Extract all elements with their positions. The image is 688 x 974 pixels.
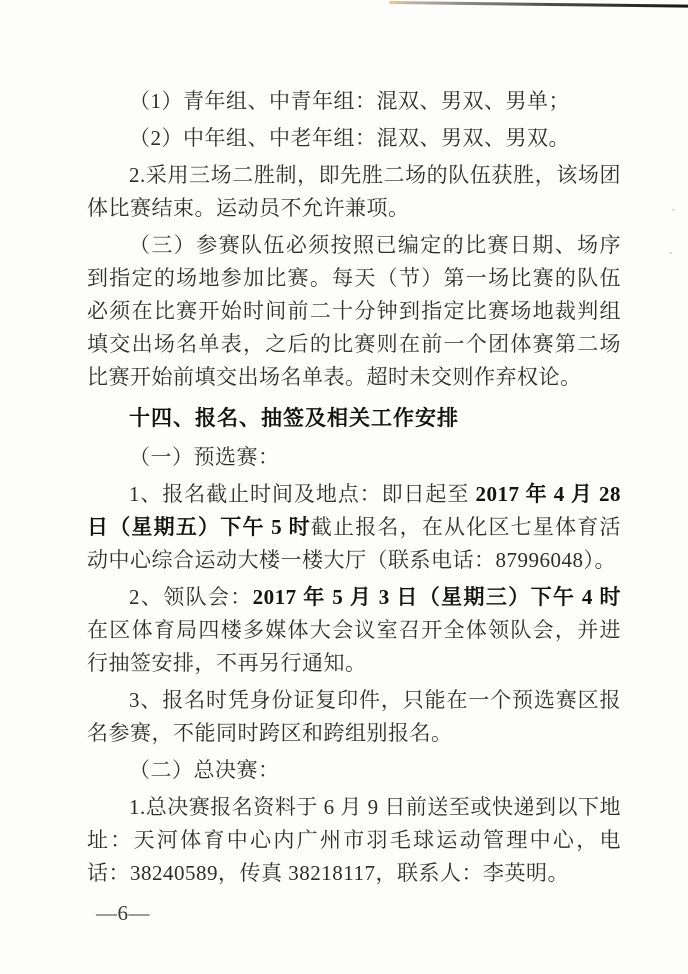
text-segment: （1）青年组、中青年组：混双、男双、男单； xyxy=(129,89,570,113)
text-segment: 1、报名截止时间及地点：即日起至 xyxy=(129,482,475,506)
paragraph-id-requirement: 3、报名时凭身份证复印件，只能在一个预选赛区报名参赛，不能同时跨区和跨组别报名。 xyxy=(87,684,621,750)
document-body: （1）青年组、中青年组：混双、男双、男单； （2）中年组、中老年组：混双、男双、… xyxy=(87,85,621,894)
document-page: （1）青年组、中青年组：混双、男双、男单； （2）中年组、中老年组：混双、男双、… xyxy=(0,0,688,974)
scan-speck xyxy=(669,252,672,254)
text-segment: 1.总决赛报名资料于 6 月 9 日前送至或快递到以下地址：天河体育中心内广州市… xyxy=(87,795,621,885)
text-segment: （一）预选赛： xyxy=(129,445,280,469)
subsection-finals: （二）总决赛： xyxy=(87,754,621,787)
list-item-group-2: （2）中年组、中老年组：混双、男双、男双。 xyxy=(87,122,621,155)
paragraph-finals-registration: 1.总决赛报名资料于 6 月 9 日前送至或快递到以下地址：天河体育中心内广州市… xyxy=(87,791,621,890)
bold-date-segment: 2017 年 5 月 3 日（星期三）下午 4 时 xyxy=(253,585,621,609)
section-heading-14: 十四、报名、抽签及相关工作安排 xyxy=(87,402,621,435)
scan-speck xyxy=(672,209,675,211)
paragraph-registration-deadline: 1、报名截止时间及地点：即日起至 2017 年 4 月 28 日（星期五）下午 … xyxy=(87,478,621,577)
paragraph-match-format: 2.采用三场二胜制，即先胜二场的队伍获胜，该场团体比赛结束。运动员不允许兼项。 xyxy=(87,159,621,225)
text-segment: 2、领队会： xyxy=(129,585,253,609)
list-item-group-1: （1）青年组、中青年组：混双、男双、男单； xyxy=(87,85,621,118)
subsection-preliminary: （一）预选赛： xyxy=(87,441,621,474)
text-segment: 2.采用三场二胜制，即先胜二场的队伍获胜，该场团体比赛结束。运动员不允许兼项。 xyxy=(87,163,621,220)
text-segment: （2）中年组、中老年组：混双、男双、男双。 xyxy=(129,126,570,150)
text-segment: （三）参赛队伍必须按照已编定的比赛日期、场序到指定的场地参加比赛。每天（节）第一… xyxy=(87,233,621,389)
paragraph-team-requirements: （三）参赛队伍必须按照已编定的比赛日期、场序到指定的场地参加比赛。每天（节）第一… xyxy=(87,229,621,394)
text-segment: （二）总决赛： xyxy=(129,758,280,782)
paragraph-leaders-meeting: 2、领队会：2017 年 5 月 3 日（星期三）下午 4 时在区体育局四楼多媒… xyxy=(87,581,621,680)
text-segment: 3、报名时凭身份证复印件，只能在一个预选赛区报名参赛，不能同时跨区和跨组别报名。 xyxy=(87,688,621,745)
page-number: —6— xyxy=(96,901,150,926)
heading-text: 十四、报名、抽签及相关工作安排 xyxy=(129,407,459,430)
text-segment: 在区体育局四楼多媒体大会议室召开全体领队会，并进行抽签安排，不再另行通知。 xyxy=(87,618,621,675)
scan-artifact-line xyxy=(389,1,688,8)
